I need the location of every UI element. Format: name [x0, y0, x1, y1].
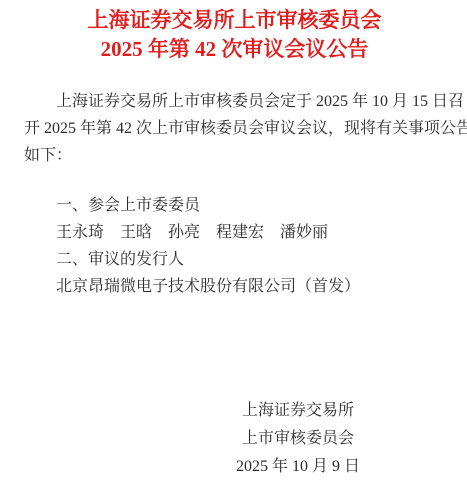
announcement-page: 上海证券交易所上市审核委员会 2025 年第 42 次审议会议公告 上海证券交易… — [0, 0, 467, 482]
announcement-sections: 一、参会上市委委员 王永琦 王晗 孙亮 程建宏 潘妙丽 二、审议的发行人 北京昂… — [24, 192, 445, 300]
signature-org-committee: 上市审核委员会 — [236, 425, 360, 453]
announcement-title: 上海证券交易所上市审核委员会 2025 年第 42 次审议会议公告 — [24, 6, 445, 64]
intro-paragraph: 上海证券交易所上市审核委员会定于 2025 年 10 月 15 日召 开 202… — [24, 88, 445, 169]
intro-line-1: 上海证券交易所上市审核委员会定于 2025 年 10 月 15 日召 — [24, 88, 445, 115]
signature-org-exchange: 上海证券交易所 — [236, 397, 360, 425]
title-line-2: 2025 年第 42 次审议会议公告 — [24, 35, 445, 64]
section-heading-issuer: 二、审议的发行人 — [24, 246, 445, 273]
issuer-name: 北京昂瑞微电子技术股份有限公司（首发） — [24, 273, 445, 300]
intro-line-2: 开 2025 年第 42 次上市审核委员会审议会议，现将有关事项公告 — [24, 115, 445, 142]
title-line-1: 上海证券交易所上市审核委员会 — [24, 6, 445, 35]
committee-members-list: 王永琦 王晗 孙亮 程建宏 潘妙丽 — [24, 219, 445, 246]
section-heading-committee: 一、参会上市委委员 — [24, 192, 445, 219]
signature-block: 上海证券交易所 上市审核委员会 2025 年 10 月 9 日 — [236, 397, 360, 481]
signature-date: 2025 年 10 月 9 日 — [236, 453, 360, 481]
intro-line-3: 如下： — [24, 142, 445, 169]
